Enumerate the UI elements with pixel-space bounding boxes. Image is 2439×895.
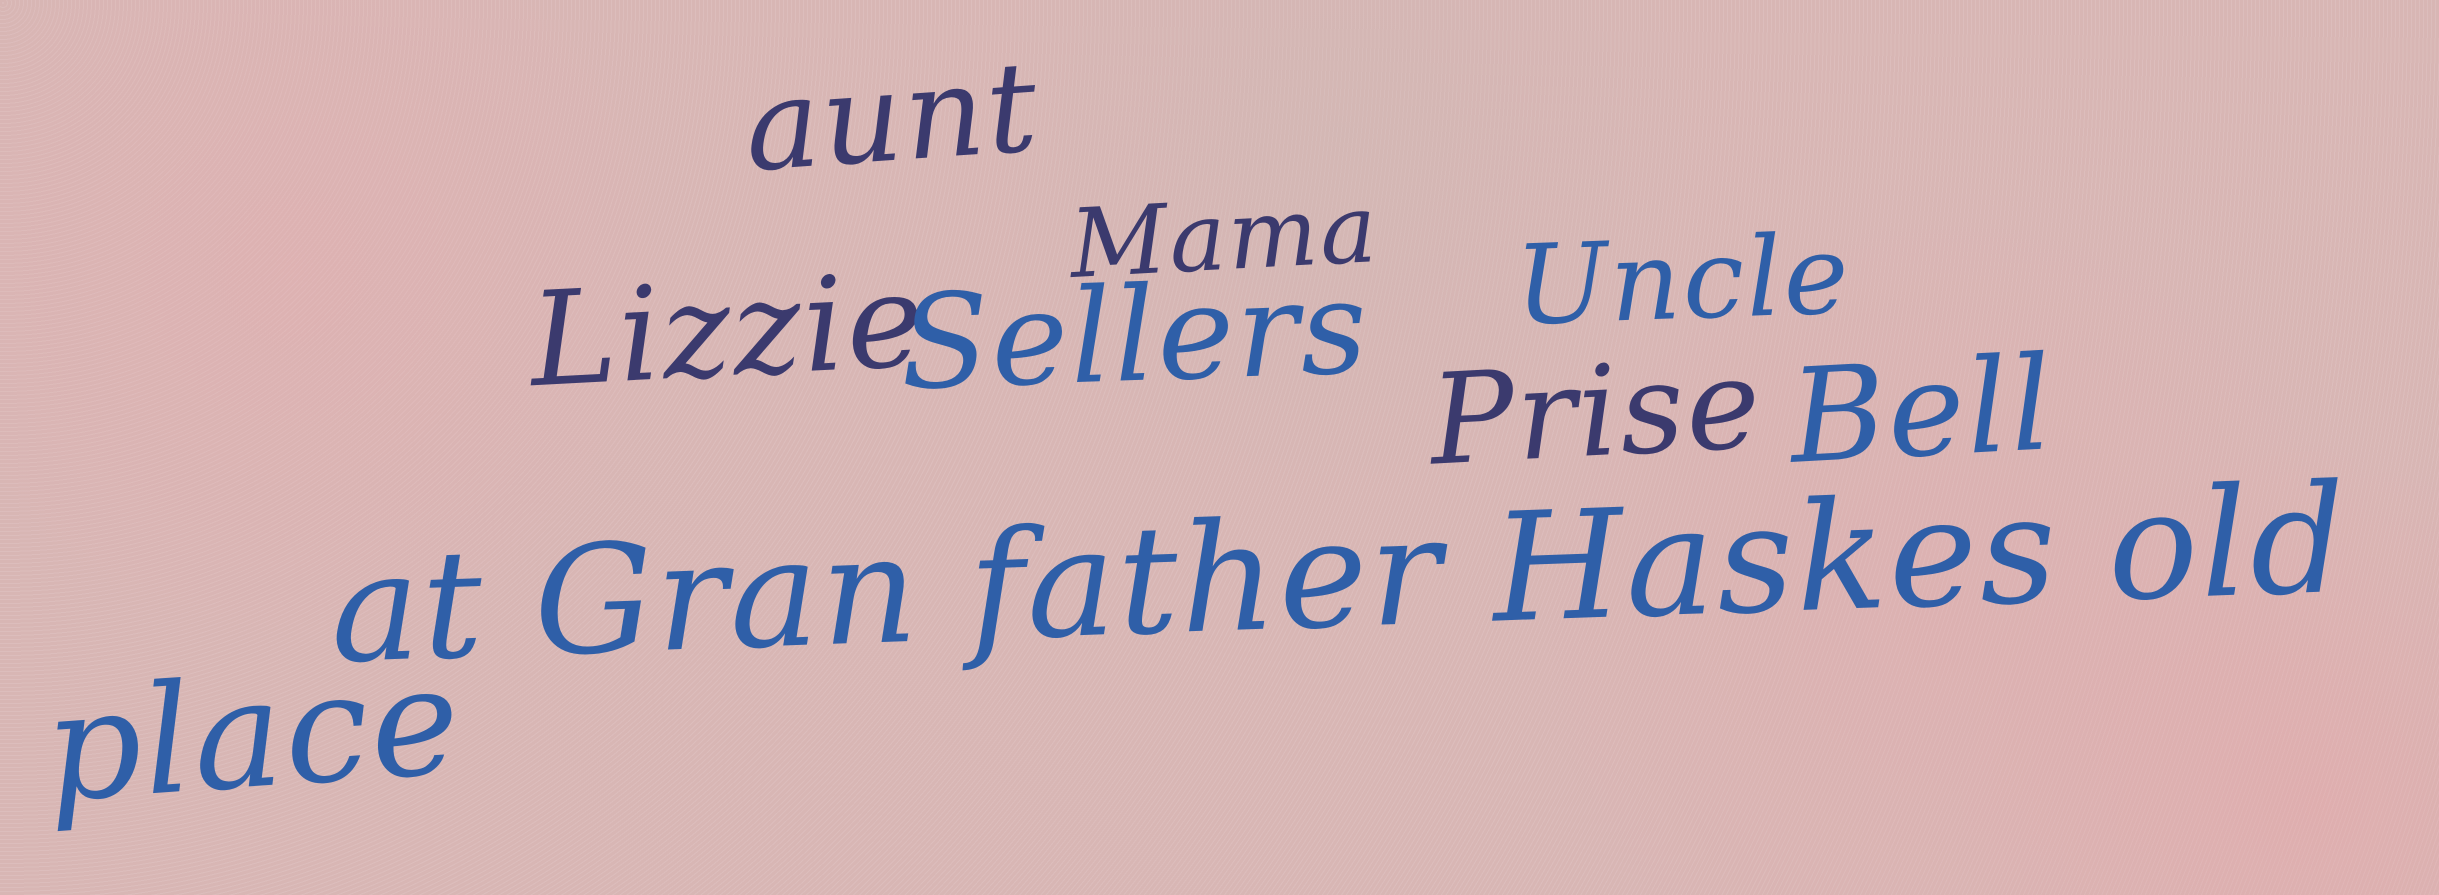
annotation-aunt: aunt xyxy=(741,45,1043,190)
name-lizzie: Lizzie xyxy=(527,255,929,406)
name-prise: Prise xyxy=(1427,341,1765,483)
location-line-continued: place xyxy=(40,646,466,825)
handwritten-note: aunt Mama Lizzie Sellers Uncle Prise Bel… xyxy=(0,0,2439,895)
name-sellers: Sellers xyxy=(898,262,1371,408)
name-bell: Bell xyxy=(1787,338,2057,482)
annotation-uncle: Uncle xyxy=(1513,219,1852,341)
location-line: at Gran father Haskes old xyxy=(328,465,2350,685)
